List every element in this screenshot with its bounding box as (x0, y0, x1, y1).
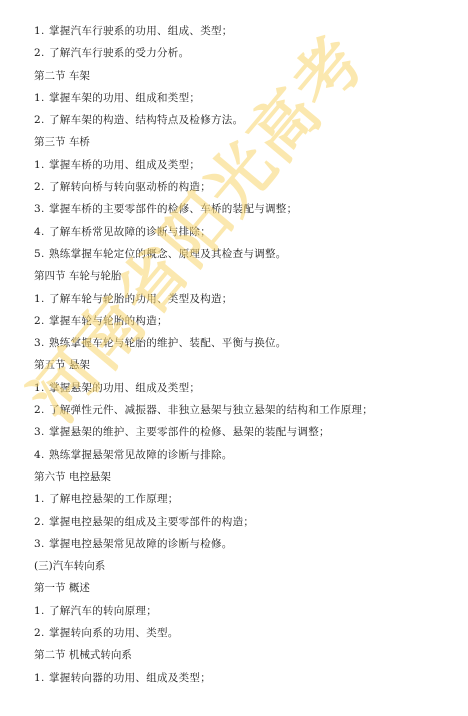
list-item: 2.掌握电控悬架的组成及主要零部件的构造； (34, 511, 454, 533)
list-item: 2.了解车架的构造、结构特点及检修方法。 (34, 109, 454, 131)
heading-text: 第一节 概述 (34, 582, 90, 594)
item-text: 掌握车架的功用、组成和类型； (49, 92, 200, 104)
list-item: 2.了解转向桥与转向驱动桥的构造； (34, 176, 454, 198)
list-item: 3.掌握电控悬架常见故障的诊断与检修。 (34, 533, 454, 555)
item-number: 2. (34, 310, 49, 332)
list-item: 2.了解汽车行驶系的受力分析。 (34, 42, 454, 64)
list-item: 1.了解车轮与轮胎的功用、类型及构造； (34, 288, 454, 310)
list-item: 1.了解电控悬架的工作原理； (34, 488, 454, 510)
item-number: 2. (34, 399, 49, 421)
item-text: 掌握电控悬架的组成及主要零部件的构造； (49, 516, 254, 528)
list-item: 1.了解汽车的转向原理； (34, 600, 454, 622)
item-text: 掌握悬架的维护、主要零部件的检修、悬架的装配与调整； (49, 426, 330, 438)
item-text: 熟练掌握悬架常见故障的诊断与排除。 (49, 449, 233, 461)
item-number: 1. (34, 600, 49, 622)
heading-text: 第六节 电控悬架 (34, 471, 111, 483)
item-number: 2. (34, 622, 49, 644)
item-number: 1. (34, 20, 49, 42)
document-page: 1.掌握汽车行驶系的功用、组成、类型；2.了解汽车行驶系的受力分析。第二节 车架… (0, 0, 468, 716)
item-text: 了解转向桥与转向驱动桥的构造； (49, 181, 211, 193)
item-text: 了解弹性元件、减振器、非独立悬架与独立悬架的结构和工作原理； (49, 404, 373, 416)
list-item: 2.掌握车轮与轮胎的构造； (34, 310, 454, 332)
item-number: 1. (34, 288, 49, 310)
item-text: 掌握车桥的主要零部件的检修、车桥的装配与调整； (49, 203, 297, 215)
item-number: 3. (34, 332, 49, 354)
list-item: 2.了解弹性元件、减振器、非独立悬架与独立悬架的结构和工作原理； (34, 399, 454, 421)
list-item: 3.掌握车桥的主要零部件的检修、车桥的装配与调整； (34, 198, 454, 220)
item-number: 3. (34, 533, 49, 555)
item-text: 掌握转向系的功用、类型。 (49, 627, 179, 639)
item-number: 2. (34, 176, 49, 198)
item-text: 了解车桥常见故障的诊断与排除； (49, 226, 211, 238)
list-item: 1.掌握悬架的功用、组成及类型； (34, 377, 454, 399)
item-number: 1. (34, 87, 49, 109)
heading-text: 第四节 车轮与轮胎 (34, 270, 121, 282)
section-heading: 第二节 机械式转向系 (34, 644, 454, 666)
item-text: 掌握汽车行驶系的功用、组成、类型； (49, 25, 233, 37)
item-number: 3. (34, 198, 49, 220)
section-heading: (三)汽车转向系 (34, 555, 454, 577)
item-text: 熟练掌握车轮与轮胎的维护、装配、平衡与换位。 (49, 337, 287, 349)
item-text: 了解汽车行驶系的受力分析。 (49, 47, 189, 59)
list-item: 4.熟练掌握悬架常见故障的诊断与排除。 (34, 444, 454, 466)
item-text: 了解电控悬架的工作原理； (49, 493, 179, 505)
list-item: 1.掌握车架的功用、组成和类型； (34, 87, 454, 109)
item-text: 掌握电控悬架常见故障的诊断与检修。 (49, 538, 233, 550)
item-number: 5. (34, 243, 49, 265)
heading-text: 第二节 车架 (34, 70, 90, 82)
item-number: 4. (34, 444, 49, 466)
item-text: 熟练掌握车轮定位的概念、原理及其检查与调整。 (49, 248, 287, 260)
item-number: 2. (34, 42, 49, 64)
list-item: 3.掌握悬架的维护、主要零部件的检修、悬架的装配与调整； (34, 421, 454, 443)
list-item: 1.掌握车桥的功用、组成及类型； (34, 154, 454, 176)
heading-text: 第二节 机械式转向系 (34, 649, 132, 661)
item-text: 掌握悬架的功用、组成及类型； (49, 382, 200, 394)
heading-text: 第三节 车桥 (34, 136, 90, 148)
heading-text: (三)汽车转向系 (34, 560, 105, 572)
section-heading: 第五节 悬架 (34, 354, 454, 376)
item-text: 了解汽车的转向原理； (49, 605, 157, 617)
list-item: 4.了解车桥常见故障的诊断与排除； (34, 221, 454, 243)
item-number: 1. (34, 667, 49, 689)
item-text: 掌握转向器的功用、组成及类型； (49, 672, 211, 684)
item-text: 掌握车桥的功用、组成及类型； (49, 159, 200, 171)
section-heading: 第四节 车轮与轮胎 (34, 265, 454, 287)
list-item: 2.掌握转向系的功用、类型。 (34, 622, 454, 644)
item-number: 2. (34, 511, 49, 533)
item-number: 1. (34, 377, 49, 399)
item-text: 掌握车轮与轮胎的构造； (49, 315, 168, 327)
heading-text: 第五节 悬架 (34, 359, 90, 371)
section-heading: 第六节 电控悬架 (34, 466, 454, 488)
section-heading: 第三节 车桥 (34, 131, 454, 153)
list-item: 1.掌握转向器的功用、组成及类型； (34, 667, 454, 689)
item-text: 了解车轮与轮胎的功用、类型及构造； (49, 293, 233, 305)
item-number: 1. (34, 488, 49, 510)
item-number: 3. (34, 421, 49, 443)
list-item: 5.熟练掌握车轮定位的概念、原理及其检查与调整。 (34, 243, 454, 265)
document-body: 1.掌握汽车行驶系的功用、组成、类型；2.了解汽车行驶系的受力分析。第二节 车架… (34, 20, 454, 689)
item-text: 了解车架的构造、结构特点及检修方法。 (49, 114, 243, 126)
item-number: 4. (34, 221, 49, 243)
section-heading: 第一节 概述 (34, 577, 454, 599)
list-item: 1.掌握汽车行驶系的功用、组成、类型； (34, 20, 454, 42)
item-number: 2. (34, 109, 49, 131)
list-item: 3.熟练掌握车轮与轮胎的维护、装配、平衡与换位。 (34, 332, 454, 354)
section-heading: 第二节 车架 (34, 65, 454, 87)
item-number: 1. (34, 154, 49, 176)
